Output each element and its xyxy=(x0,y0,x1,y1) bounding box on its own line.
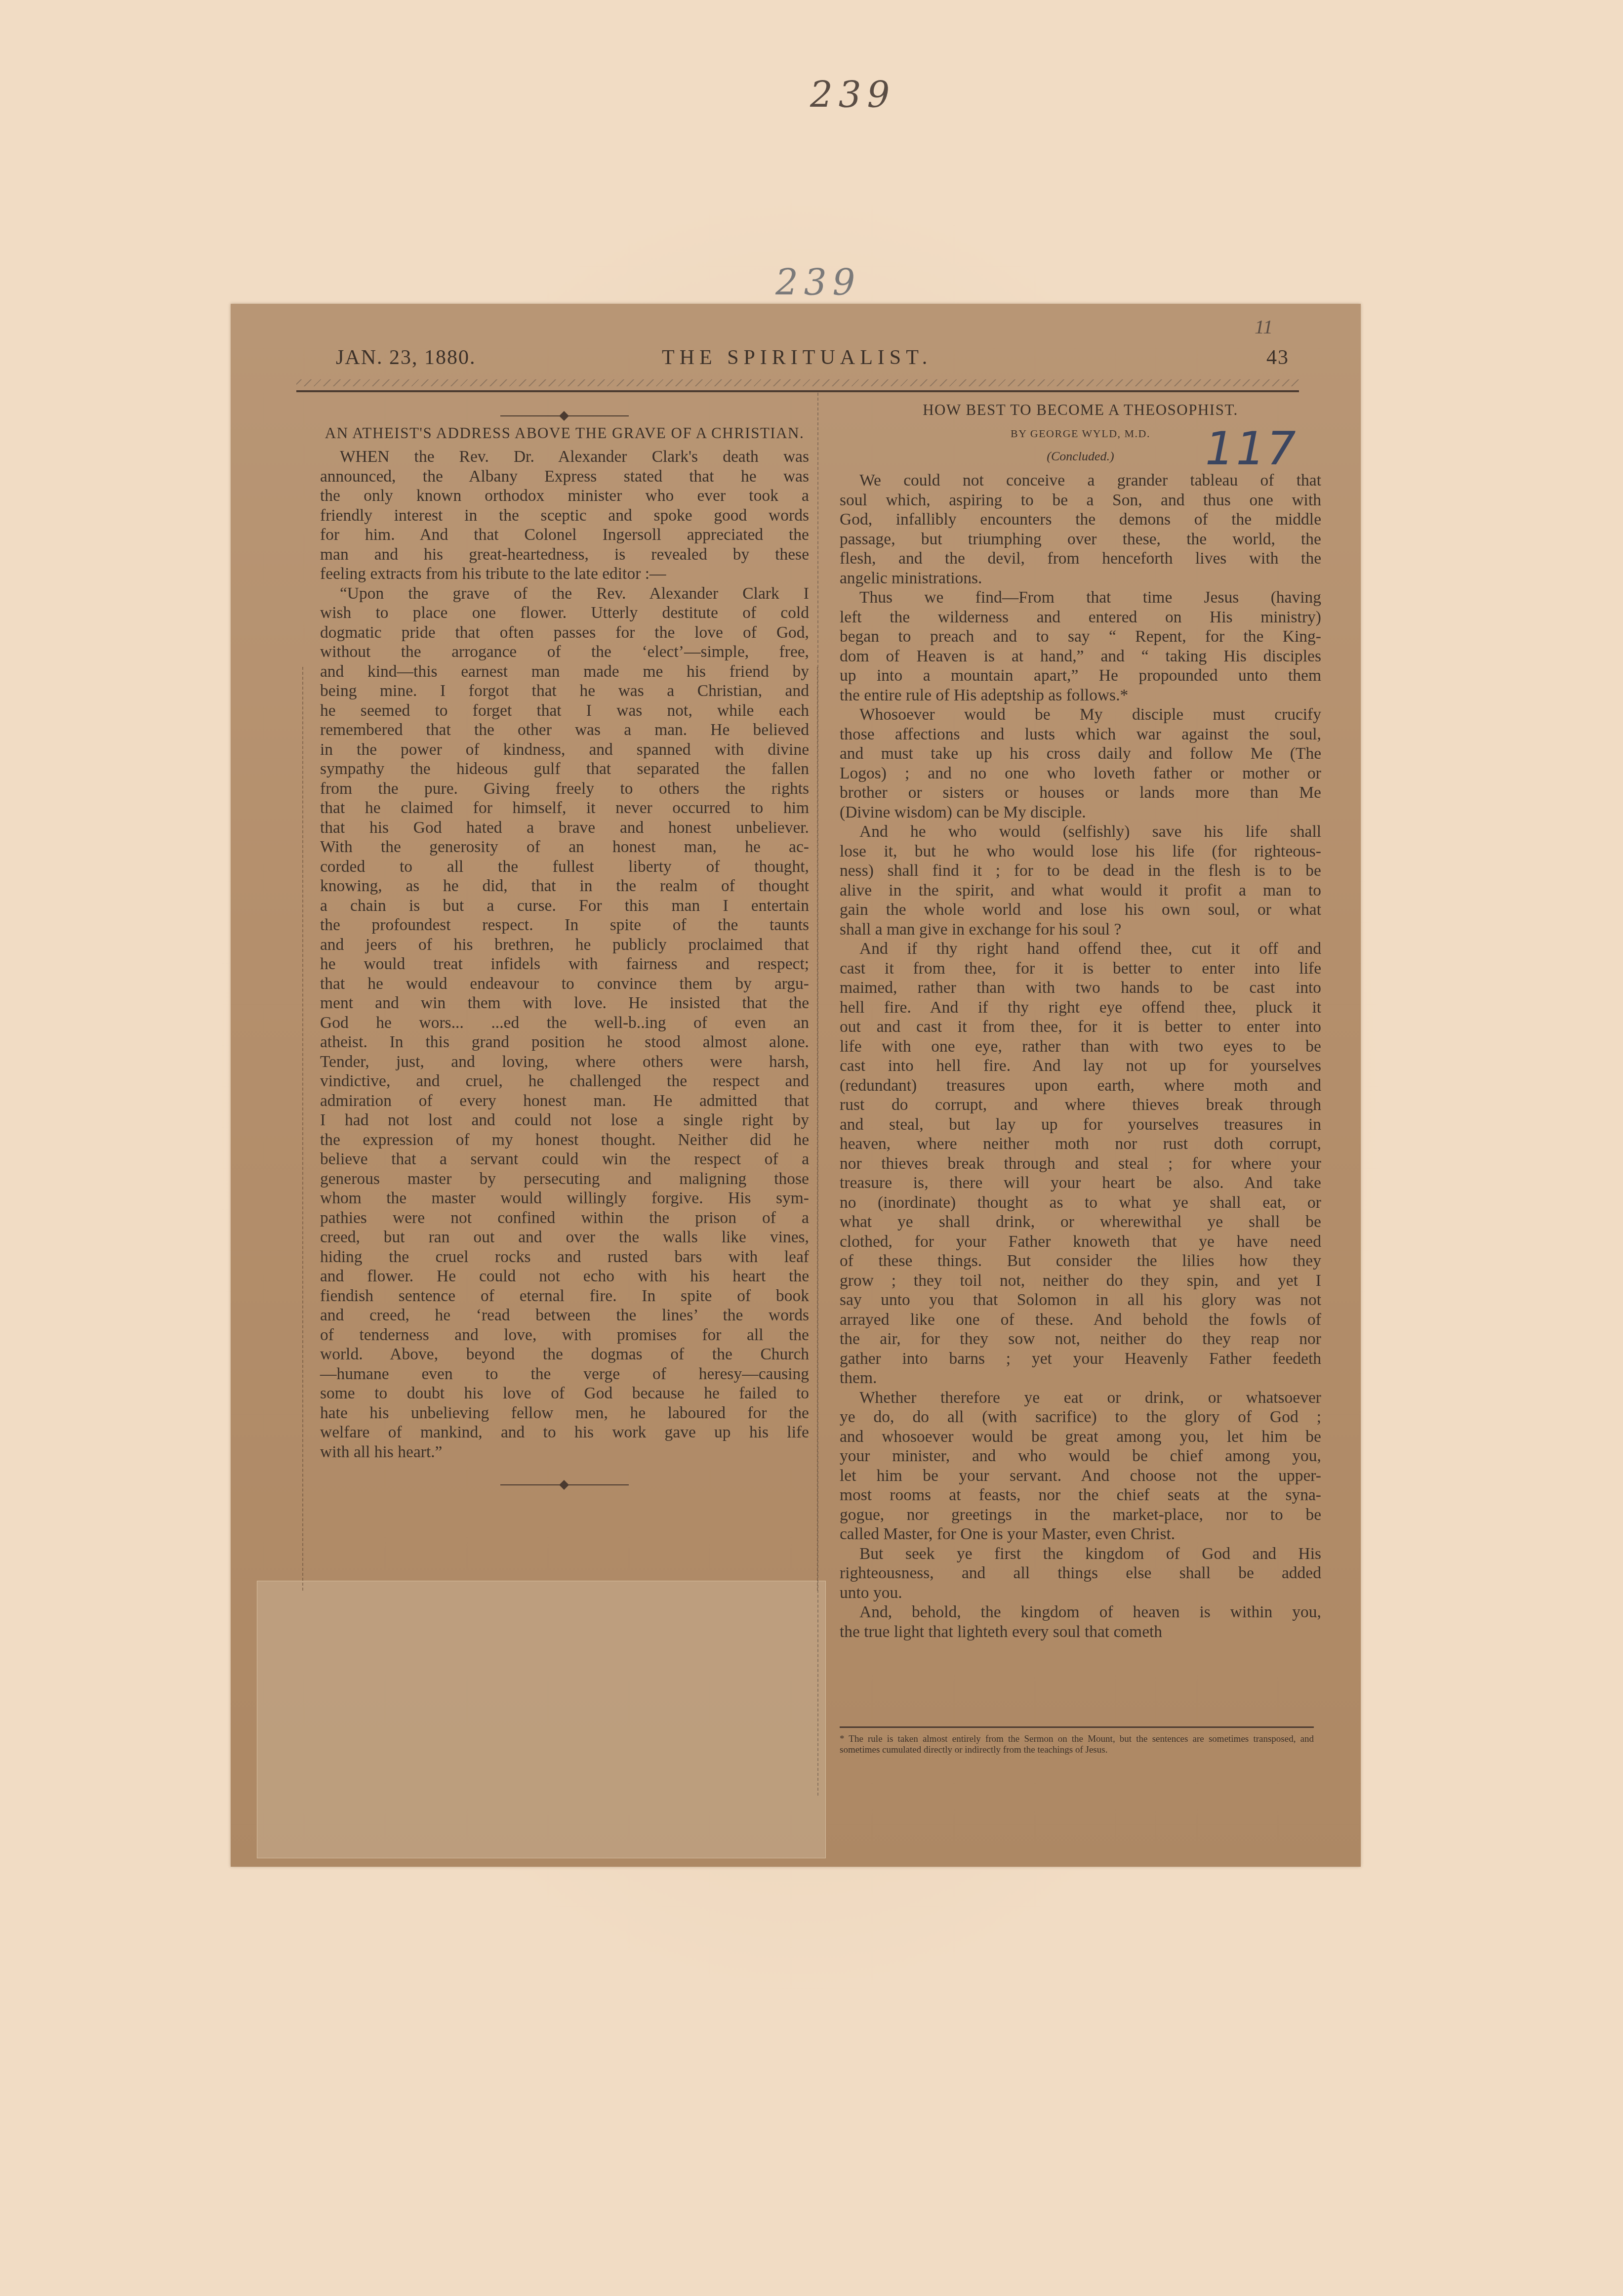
newspaper-page-number: 43 xyxy=(1266,346,1289,369)
text-line: being mine. I forgot that he was a Chris… xyxy=(320,681,809,701)
text-line: vindictive, and cruel, he challenged the… xyxy=(320,1071,809,1091)
text-line: With the generosity of an honest man, he… xyxy=(320,837,809,857)
text-line: ye do, do all (with sacrifice) to the gl… xyxy=(840,1407,1321,1427)
text-line: heaven, where neither moth nor rust doth… xyxy=(840,1134,1321,1154)
footnote: * The rule is taken almost entirely from… xyxy=(840,1734,1314,1756)
text-line: clothed, for your Father knoweth that ye… xyxy=(840,1232,1321,1252)
text-line: cast into hell fire. And lay not up for … xyxy=(840,1056,1321,1076)
text-line: righteousness, and all things else shall… xyxy=(840,1563,1321,1583)
text-line: for him. And that Colonel Ingersoll appr… xyxy=(320,525,809,545)
corner-pencil-mark: 11 xyxy=(1255,315,1273,338)
text-line: hell fire. And if thy right eye offend t… xyxy=(840,998,1321,1018)
text-line: hiding the cruel rocks and rusted bars w… xyxy=(320,1247,809,1267)
text-line: believe that a servant could win the res… xyxy=(320,1149,809,1169)
text-line: announced, the Albany Express stated tha… xyxy=(320,467,809,487)
text-line: angelic ministrations. xyxy=(840,569,1321,588)
text-line: shall a man give in exchange for his sou… xyxy=(840,920,1321,940)
text-line: hate his unbelieving fellow men, he labo… xyxy=(320,1403,809,1423)
text-line: that his God hated a brave and honest un… xyxy=(320,818,809,838)
text-line: And, behold, the kingdom of heaven is wi… xyxy=(840,1602,1321,1622)
text-line: Thus we find—From that time Jesus (havin… xyxy=(840,588,1321,608)
text-line: (redundant) treasures upon earth, where … xyxy=(840,1076,1321,1096)
text-line: generous master by persecuting and malig… xyxy=(320,1169,809,1189)
text-line: atheist. In this grand position he stood… xyxy=(320,1032,809,1052)
text-line: he seemed to forget that I was not, whil… xyxy=(320,701,809,721)
left-column: AN ATHEIST'S ADDRESS ABOVE THE GRAVE OF … xyxy=(320,412,809,1488)
text-line: dogmatic pride that often passes for the… xyxy=(320,623,809,643)
article-body: We could not conceive a grander tableau … xyxy=(840,471,1321,1641)
text-line: God he wors... ...ed the well-b..ing of … xyxy=(320,1013,809,1033)
text-line: gain the whole world and lose his own so… xyxy=(840,900,1321,920)
text-line: maimed, rather than with two hands to be… xyxy=(840,978,1321,998)
text-line: “Upon the grave of the Rev. Alexander Cl… xyxy=(320,584,809,604)
issue-date: JAN. 23, 1880. xyxy=(336,346,476,369)
text-line: ness) shall find it ; for to be dead in … xyxy=(840,861,1321,881)
text-line: passage, but triumphing over these, the … xyxy=(840,530,1321,549)
text-line: admiration of every honest man. He admit… xyxy=(320,1091,809,1111)
paragraph: Thus we find—From that time Jesus (havin… xyxy=(840,588,1321,705)
text-line: arrayed like one of these. And behold th… xyxy=(840,1310,1321,1330)
text-line: and whosoever would be great among you, … xyxy=(840,1427,1321,1447)
text-line: wish to place one flower. Utterly destit… xyxy=(320,603,809,623)
text-line: world. Above, beyond the dogmas of the C… xyxy=(320,1345,809,1364)
text-line: flesh, and the devil, from henceforth li… xyxy=(840,549,1321,569)
paragraph: Whosoever would be My disciple must cruc… xyxy=(840,705,1321,822)
text-line: soul which, aspiring to be a Son, and th… xyxy=(840,491,1321,510)
ornament-divider-icon xyxy=(500,1481,629,1488)
ornament-divider-icon xyxy=(500,412,629,419)
text-line: (Divine wisdom) can be My disciple. xyxy=(840,803,1321,822)
text-line: knowing, as he did, that in the realm of… xyxy=(320,876,809,896)
text-line: treasure is, there will your heart be al… xyxy=(840,1173,1321,1193)
text-line: life with one eye, rather than with two … xyxy=(840,1037,1321,1057)
pencil-page-number: 239 xyxy=(775,262,861,303)
header-rule xyxy=(296,390,1299,392)
text-line: from the pure. Giving freely to others t… xyxy=(320,779,809,799)
text-line: out and cast it from thee, for it is bet… xyxy=(840,1017,1321,1037)
text-line: the entire rule of His adeptship as foll… xyxy=(840,686,1321,705)
text-line: grow ; they toil not, neither do they sp… xyxy=(840,1271,1321,1291)
text-line: God, infallibly encounters the demons of… xyxy=(840,510,1321,530)
article-quote: “Upon the grave of the Rev. Alexander Cl… xyxy=(320,584,809,1462)
text-line: and kind—this earnest man made me his fr… xyxy=(320,662,809,682)
text-line: up into a mountain apart,” He propounded… xyxy=(840,666,1321,686)
text-line: and steal, but lay up for yourselves tre… xyxy=(840,1115,1321,1135)
text-line: a chain is but a curse. For this man I e… xyxy=(320,896,809,916)
text-line: sympathy the hideous gulf that separated… xyxy=(320,759,809,779)
footnote-rule xyxy=(840,1726,1314,1728)
text-line: those affections and lusts which war aga… xyxy=(840,725,1321,744)
paragraph: And, behold, the kingdom of heaven is wi… xyxy=(840,1602,1321,1641)
text-line: gather into barns ; yet your Heavenly Fa… xyxy=(840,1349,1321,1369)
paragraph: But seek ye first the kingdom of God and… xyxy=(840,1544,1321,1603)
text-line: say unto you that Solomon in all his glo… xyxy=(840,1290,1321,1310)
text-line: began to preach and to say “ Repent, for… xyxy=(840,627,1321,647)
text-line: pathies were not confined within the pri… xyxy=(320,1208,809,1228)
text-line: whom the master would willingly forgive.… xyxy=(320,1189,809,1208)
paragraph: We could not conceive a grander tableau … xyxy=(840,471,1321,588)
paragraph: And if thy right hand offend thee, cut i… xyxy=(840,939,1321,1388)
text-line: and creed, he ‘read between the lines’ t… xyxy=(320,1306,809,1325)
text-line: of these things. But consider the lilies… xyxy=(840,1251,1321,1271)
article-headline: AN ATHEIST'S ADDRESS ABOVE THE GRAVE OF … xyxy=(320,424,809,442)
text-line: unto you. xyxy=(840,1583,1321,1603)
text-line: welfare of mankind, and to his work gave… xyxy=(320,1423,809,1442)
text-line: the only known orthodox minister who eve… xyxy=(320,486,809,506)
text-line: —humane even to the verge of heresy—caus… xyxy=(320,1364,809,1384)
text-line: your minister, and who would be chief am… xyxy=(840,1446,1321,1466)
wavy-rule xyxy=(296,379,1299,386)
text-line: fiendish sentence of eternal fire. In sp… xyxy=(320,1286,809,1306)
clipping-number: 117 xyxy=(1205,422,1298,475)
text-line: cast it from thee, for it is better to e… xyxy=(840,959,1321,979)
text-line: without the arrogance of the ‘elect’—sim… xyxy=(320,642,809,662)
text-line: lose it, but he who would lose his life … xyxy=(840,842,1321,861)
text-line: dom of Heaven is at hand,” and “ taking … xyxy=(840,647,1321,666)
text-line: man and his great-heartedness, is reveal… xyxy=(320,545,809,565)
text-line: and must take up his cross daily and fol… xyxy=(840,744,1321,764)
text-line: the true light that lighteth every soul … xyxy=(840,1622,1321,1642)
text-line: the air, for they sow not, neither do th… xyxy=(840,1329,1321,1349)
text-line: corded to all the fullest liberty of tho… xyxy=(320,857,809,877)
text-line: no (inordinate) thought as to what ye sh… xyxy=(840,1193,1321,1213)
text-line: that he would endeavour to convince them… xyxy=(320,974,809,994)
article-headline: HOW BEST TO BECOME A THEOSOPHIST. xyxy=(840,401,1321,419)
text-line: gogue, nor greetings in the market-place… xyxy=(840,1505,1321,1525)
text-line: in the power of kindness, and spanned wi… xyxy=(320,740,809,760)
text-line: that he claimed for himself, it never oc… xyxy=(320,798,809,818)
text-line: nor thieves break through and steal ; fo… xyxy=(840,1154,1321,1174)
paragraph: Whether therefore ye eat or drink, or wh… xyxy=(840,1388,1321,1544)
text-line: with all his heart.” xyxy=(320,1442,809,1462)
text-line: and jeers of his brethren, he publicly p… xyxy=(320,935,809,955)
text-line: Logos) ; and no one who loveth father or… xyxy=(840,764,1321,783)
archive-page-number: 239 xyxy=(810,74,895,116)
text-line: creed, but ran out and over the walls li… xyxy=(320,1228,809,1247)
article-intro: WHEN the Rev. Dr. Alexander Clark's deat… xyxy=(320,447,809,584)
text-line: them. xyxy=(840,1368,1321,1388)
text-line: rust do corrupt, and where thieves break… xyxy=(840,1095,1321,1115)
text-line: Whosoever would be My disciple must cruc… xyxy=(840,705,1321,725)
text-line: ment and win them with love. He insisted… xyxy=(320,993,809,1013)
text-line: And he who would (selfishly) save his li… xyxy=(840,822,1321,842)
text-line: called Master, for One is your Master, e… xyxy=(840,1524,1321,1544)
newspaper-title: THE SPIRITUALIST. xyxy=(662,346,932,369)
text-line: Tender, just, and loving, where others w… xyxy=(320,1052,809,1072)
paragraph: And he who would (selfishly) save his li… xyxy=(840,822,1321,939)
text-line: brother or sisters or houses or lands mo… xyxy=(840,783,1321,803)
text-line: friendly interest in the sceptic and spo… xyxy=(320,506,809,526)
mending-tissue xyxy=(257,1581,826,1858)
right-column: HOW BEST TO BECOME A THEOSOPHIST. BY GEO… xyxy=(840,395,1321,1641)
text-line: alive in the spirit, and what would it p… xyxy=(840,881,1321,901)
text-line: But seek ye first the kingdom of God and… xyxy=(840,1544,1321,1564)
text-line: remembered that the other was a man. He … xyxy=(320,720,809,740)
text-line: the expression of my honest thought. Nei… xyxy=(320,1130,809,1150)
text-line: some to doubt his love of God because he… xyxy=(320,1384,809,1403)
text-line: I had not lost and could not lose a sing… xyxy=(320,1110,809,1130)
text-line: let him be your servant. And choose not … xyxy=(840,1466,1321,1486)
text-line: he would treat infidels with fairness an… xyxy=(320,954,809,974)
text-line: of tenderness and love, with promises fo… xyxy=(320,1325,809,1345)
text-line: feeling extracts from his tribute to the… xyxy=(320,564,809,584)
text-line: the profoundest respect. In spite of the… xyxy=(320,915,809,935)
text-line: what ye shall drink, or wherewithal ye s… xyxy=(840,1212,1321,1232)
text-line: most rooms at feasts, nor the chief seat… xyxy=(840,1485,1321,1505)
text-line: And if thy right hand offend thee, cut i… xyxy=(840,939,1321,959)
text-line: Whether therefore ye eat or drink, or wh… xyxy=(840,1388,1321,1408)
text-line: WHEN the Rev. Dr. Alexander Clark's deat… xyxy=(320,447,809,467)
text-line: left the wilderness and entered on His m… xyxy=(840,608,1321,627)
text-line: and flower. He could not echo with his h… xyxy=(320,1267,809,1286)
